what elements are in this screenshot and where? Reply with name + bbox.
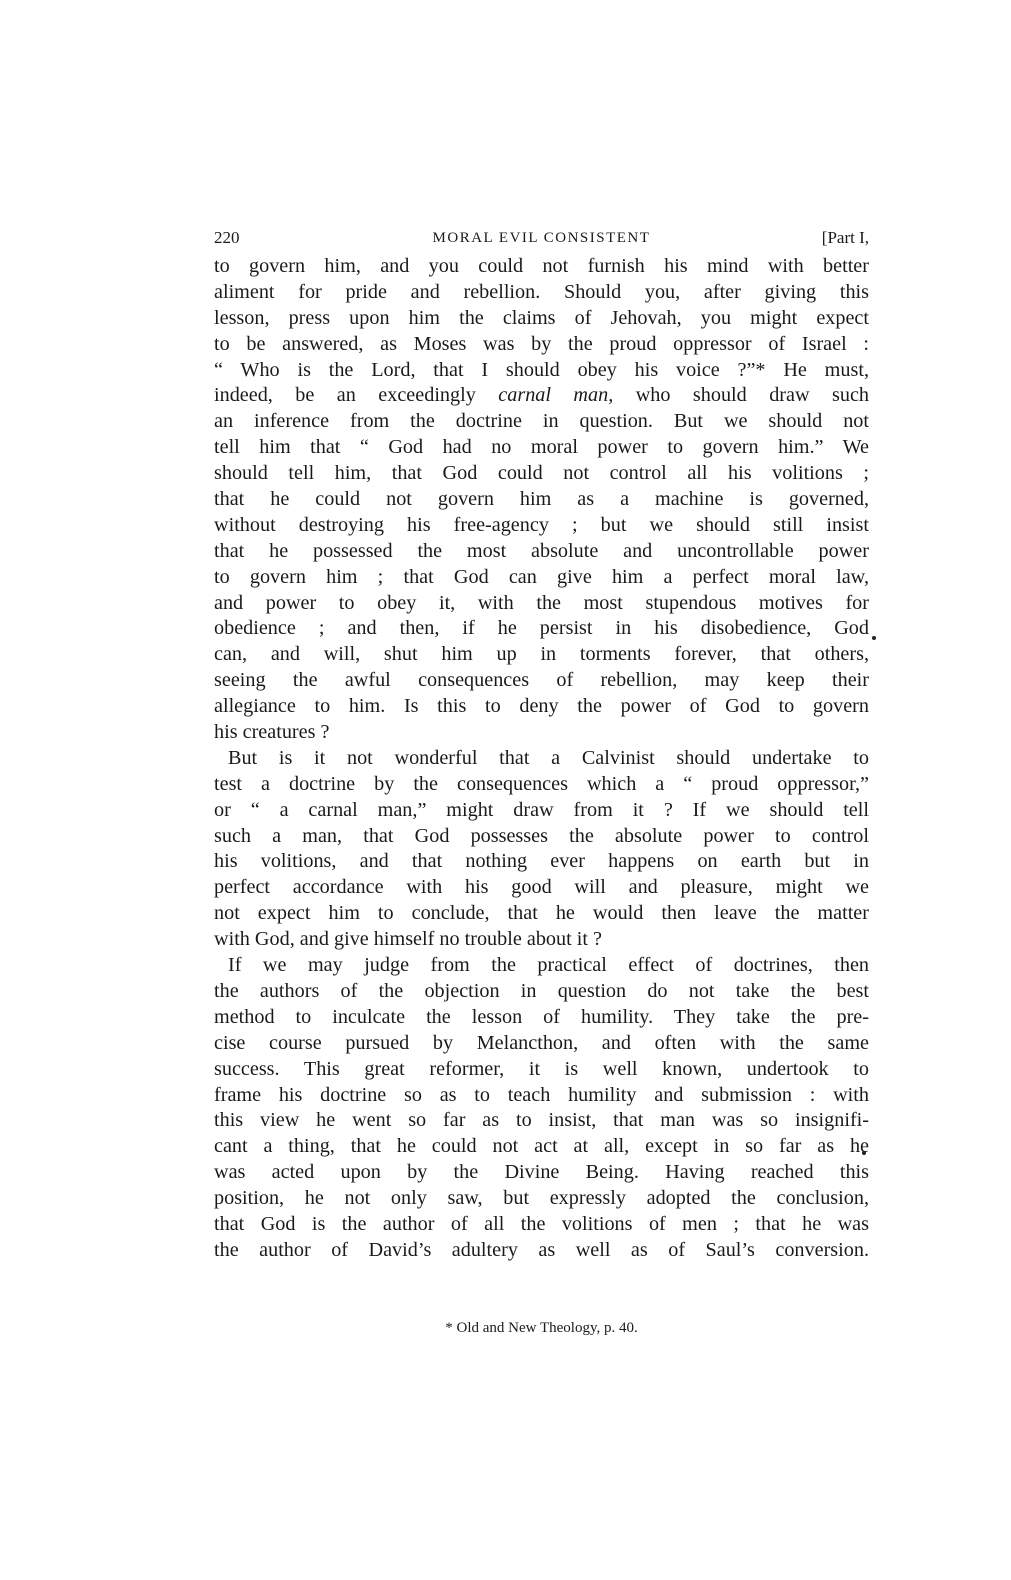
text-line: should tell him, that God could not cont… (214, 461, 869, 487)
text-line: to govern him ; that God can give him a … (214, 565, 869, 591)
text-line: “ Who is the Lord, that I should obey hi… (214, 358, 869, 384)
text-line: this view he went so far as to insist, t… (214, 1108, 869, 1134)
text-line: can, and will, shut him up in torments f… (214, 642, 869, 668)
text-line: obedience ; and then, if he persist in h… (214, 616, 869, 642)
text-line: cise course pursued by Melancthon, and o… (214, 1031, 869, 1057)
text-line: an inference from the doctrine in questi… (214, 409, 869, 435)
text-line: not expect him to conclude, that he woul… (214, 901, 869, 927)
text-line: position, he not only saw, but expressly… (214, 1186, 869, 1212)
text-line-with-italic: indeed, be an exceedingly carnal man, wh… (214, 383, 869, 409)
text-line: such a man, that God possesses the absol… (214, 824, 869, 850)
book-page: 220 MORAL EVIL CONSISTENT [Part I, to go… (0, 0, 1011, 1580)
footnote: * Old and New Theology, p. 40. (214, 1318, 869, 1338)
text-line: that he could not govern him as a machin… (214, 487, 869, 513)
text-line: test a doctrine by the consequences whic… (214, 772, 869, 798)
text-line: frame his doctrine so as to teach humili… (214, 1083, 869, 1109)
text-line: lesson, press upon him the claims of Jeh… (214, 306, 869, 332)
text-line: seeing the awful consequences of rebelli… (214, 668, 869, 694)
text-line: cant a thing, that he could not act at a… (214, 1134, 869, 1160)
text-line: method to inculcate the lesson of humili… (214, 1005, 869, 1031)
text-line: and power to obey it, with the most stup… (214, 591, 869, 617)
running-head: 220 MORAL EVIL CONSISTENT [Part I, (214, 227, 869, 249)
text-line: that he possessed the most absolute and … (214, 539, 869, 565)
text-line: to govern him, and you could not furnish… (214, 254, 869, 280)
text-line: perfect accordance with his good will an… (214, 875, 869, 901)
part-label: [Part I, (822, 227, 869, 249)
italic-phrase: carnal man, (498, 384, 613, 406)
text-line: that God is the author of all the voliti… (214, 1212, 869, 1238)
paragraph-1: to govern him, and you could not furnish… (214, 254, 869, 746)
text-line: with God, and give himself no trouble ab… (214, 927, 869, 953)
scan-speck (872, 636, 876, 640)
text-line: his creatures ? (214, 720, 869, 746)
running-head-title: MORAL EVIL CONSISTENT (214, 227, 869, 249)
text-line: without destroying his free-agency ; but… (214, 513, 869, 539)
text-line: to be answered, as Moses was by the prou… (214, 332, 869, 358)
paragraph-3: If we may judge from the practical effec… (214, 953, 869, 1264)
text-line: If we may judge from the practical effec… (214, 953, 869, 979)
text-line: But is it not wonderful that a Calvinist… (214, 746, 869, 772)
footnote-text: Old and New Theology, p. 40. (457, 1320, 638, 1336)
text-line: the author of David’s adultery as well a… (214, 1238, 869, 1264)
scan-speck (862, 1151, 866, 1155)
text-line: tell him that “ God had no moral power t… (214, 435, 869, 461)
text-line: or “ a carnal man,” might draw from it ?… (214, 798, 869, 824)
text-line: his volitions, and that nothing ever hap… (214, 849, 869, 875)
text-line: success. This great reformer, it is well… (214, 1057, 869, 1083)
body-text: to govern him, and you could not furnish… (214, 254, 869, 1264)
text-line: was acted upon by the Divine Being. Havi… (214, 1160, 869, 1186)
text-line: allegiance to him. Is this to deny the p… (214, 694, 869, 720)
paragraph-2: But is it not wonderful that a Calvinist… (214, 746, 869, 953)
text-line: the authors of the objection in question… (214, 979, 869, 1005)
footnote-marker: * (445, 1320, 453, 1336)
text-line: aliment for pride and rebellion. Should … (214, 280, 869, 306)
